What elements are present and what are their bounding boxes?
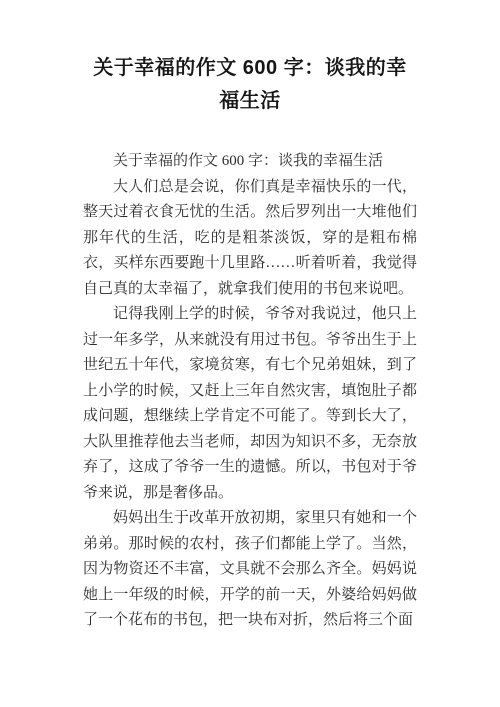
- essay-paragraph: 记得我刚上学的时候，爷爷对我说过，他只上过一年多学，从来就没有用过书包。爷爷出生…: [83, 302, 417, 506]
- document-page: 关于幸福的作文 600 字：谈我的幸福生活 关于幸福的作文 600 字：谈我的幸…: [0, 0, 500, 707]
- essay-title: 关于幸福的作文 600 字：谈我的幸福生活: [84, 52, 416, 118]
- essay-body: 关于幸福的作文 600 字：谈我的幸福生活 大人们总是会说，你们真是幸福快乐的一…: [83, 149, 417, 634]
- essay-paragraph: 大人们总是会说，你们真是幸福快乐的一代，整天过着衣食无忧的生活。然后罗列出一大堆…: [83, 175, 417, 303]
- essay-subtitle: 关于幸福的作文 600 字：谈我的幸福生活: [83, 149, 417, 175]
- essay-paragraph: 妈妈出生于改革开放初期，家里只有她和一个弟弟。那时候的农村，孩子们都能上学了。当…: [83, 506, 417, 634]
